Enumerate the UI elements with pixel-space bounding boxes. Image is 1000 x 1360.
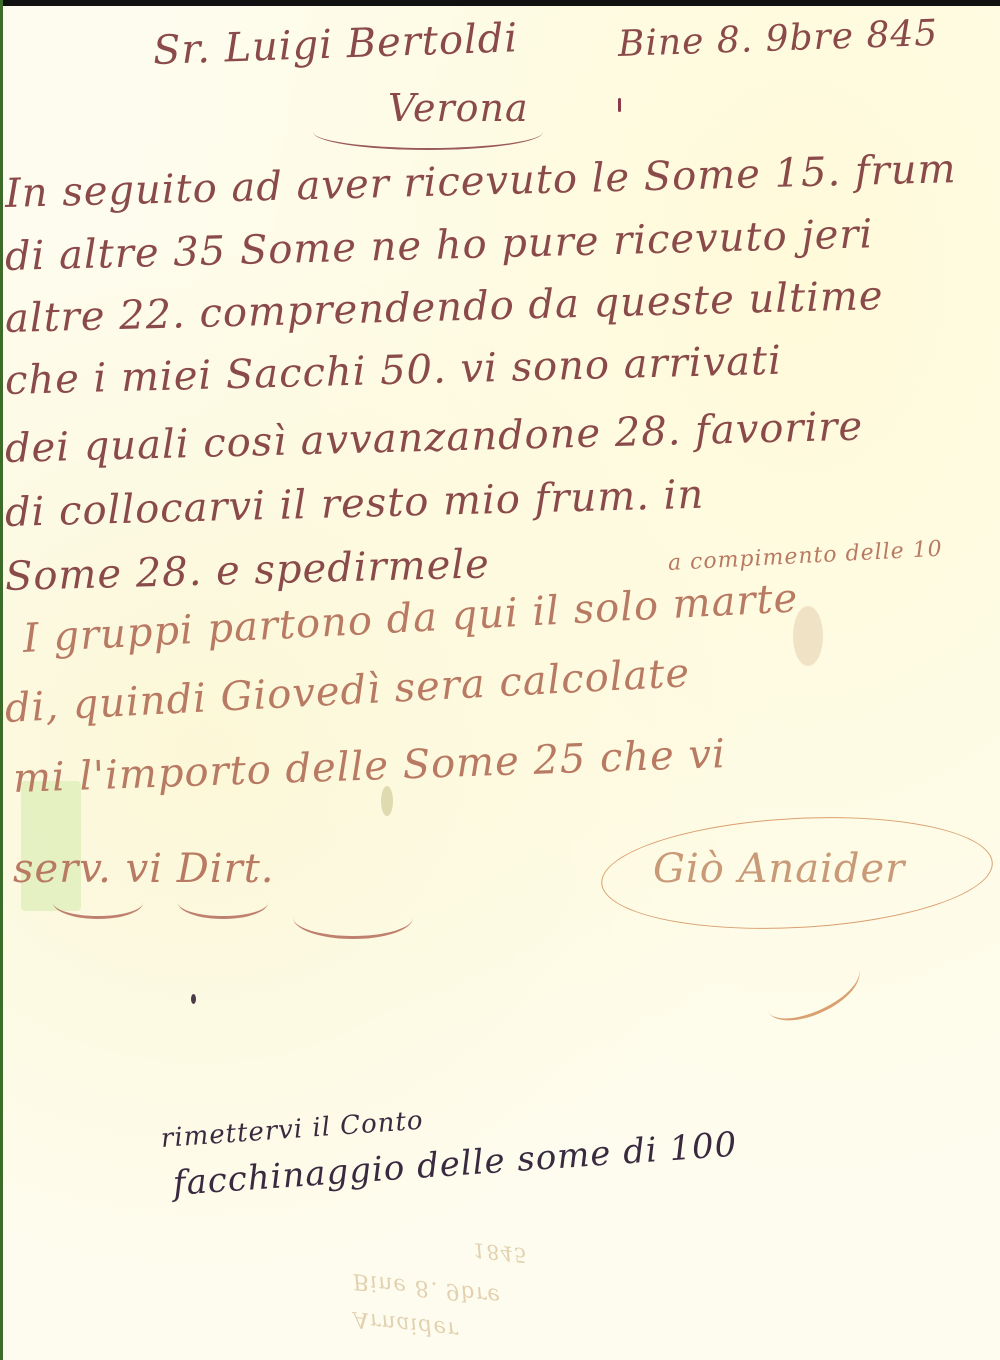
body-line-1: In seguito ad aver ricevuto le Some 15. … <box>4 146 957 217</box>
body-line-2: di altre 35 Some ne ho pure ricevuto jer… <box>4 211 873 280</box>
foxing-stain <box>381 786 393 816</box>
closing-flourish <box>293 896 413 939</box>
body-line-10: mi l'importo delle Some 25 che vi <box>12 731 726 802</box>
addressee: Sr. Luigi Bertoldi <box>152 15 519 74</box>
body-line-6: di collocarvi il resto mio frum. in <box>4 472 704 536</box>
body-line-4: che i miei Sacchi 50. vi sono arrivati <box>4 338 782 404</box>
bleed-through-line-3: Arnaider <box>352 1306 460 1342</box>
margin-insertion: a compimento delle 10 <box>667 537 943 576</box>
footer-note-line-1: rimettervi il Conto <box>160 1106 425 1154</box>
city-underline-flourish <box>313 114 543 150</box>
letter-page: Sr. Luigi Bertoldi Bine 8. 9bre 845 Vero… <box>3 6 1000 1360</box>
closing-flourish <box>53 886 143 919</box>
signature-tail-flourish <box>758 947 869 1033</box>
place-date: Bine 8. 9bre 845 <box>617 13 939 65</box>
signature: Giò Anaider <box>653 846 905 892</box>
closing-flourish <box>178 886 268 919</box>
body-line-3: altre 22. comprendendo da queste ultime <box>4 273 884 342</box>
body-line-9: di, quindi Giovedì sera calcolate <box>4 650 691 732</box>
body-line-7: Some 28. e spedirmele <box>4 541 490 600</box>
ink-speck <box>191 994 196 1004</box>
ink-speck <box>618 98 621 112</box>
bleed-through-line-1: 1845 <box>472 1238 529 1268</box>
body-line-5: dei quali così avvanzandone 28. favorire <box>4 404 863 472</box>
bleed-through-line-2: Bine 8. 9bre <box>352 1268 503 1308</box>
